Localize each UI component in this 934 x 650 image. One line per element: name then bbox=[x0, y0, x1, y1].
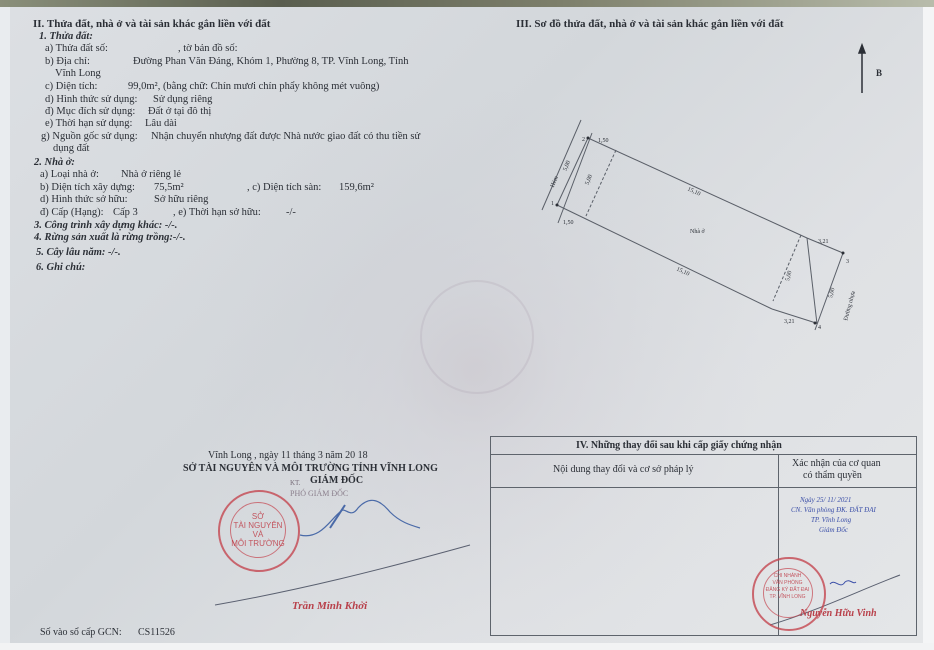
signer-name: Trần Minh Khởi bbox=[292, 600, 367, 612]
col-confirm-line2: có thẩm quyền bbox=[803, 470, 862, 482]
confirm-signer: Nguyễn Hữu Vinh bbox=[800, 608, 877, 620]
section4-title: IV. Những thay đổi sau khi cấp giấy chứn… bbox=[576, 440, 782, 452]
registry-label: Số vào sổ cấp GCN: bbox=[40, 627, 122, 639]
col-change-content: Nội dung thay đổi và cơ sở pháp lý bbox=[553, 464, 694, 476]
registry-value: CS11526 bbox=[138, 627, 175, 639]
col-confirm-line1: Xác nhận của cơ quan bbox=[792, 458, 881, 470]
office-stamp-text: CHI NHÁNH VĂN PHÒNG ĐĂNG KÝ ĐẤT ĐAI TP. … bbox=[760, 573, 815, 601]
confirm-role: Giám Đốc bbox=[819, 524, 848, 536]
